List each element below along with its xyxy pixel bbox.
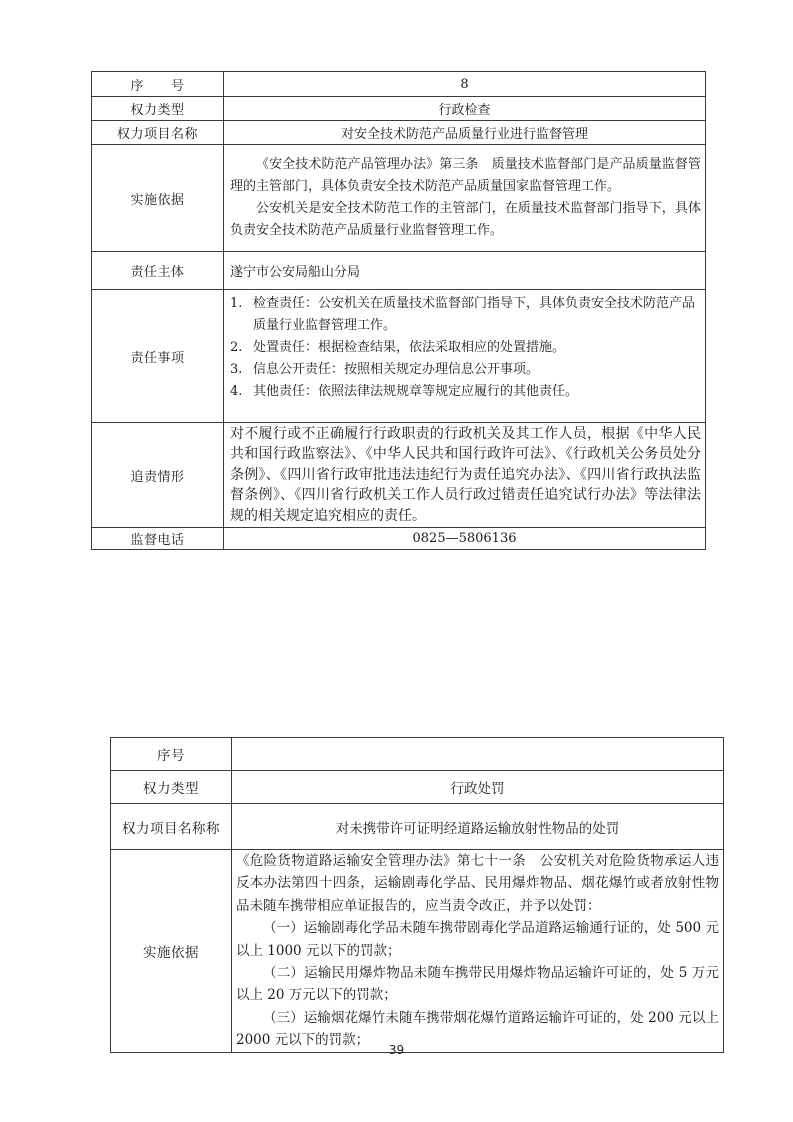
serial-value: 8: [224, 72, 706, 97]
item-name-value: 对未携带许可证明经道路运输放射性物品的处罚: [232, 804, 724, 850]
matters-label: 责任事项: [92, 290, 224, 423]
row-power-type: 权力类型 行政处罚: [111, 771, 724, 804]
item-name-label: 权力项目名称: [92, 121, 224, 145]
power-type-value: 行政检查: [224, 97, 706, 121]
matters-list: 1.检查责任：公安机关在质量技术监督部门指导下，具体负责安全技术防范产品质量行业…: [224, 293, 705, 403]
basis-paragraph: 公安机关是安全技术防范工作的主管部门，在质量技术监督部门指导下，具体负责安全技术…: [230, 198, 701, 242]
matters-value: 1.检查责任：公安机关在质量技术监督部门指导下，具体负责安全技术防范产品质量行业…: [224, 290, 706, 423]
row-power-type: 权力类型 行政检查: [92, 97, 706, 121]
accountability-label: 追责情形: [92, 423, 224, 528]
item-name-value: 对安全技术防范产品质量行业进行监督管理: [224, 121, 706, 145]
basis-label: 实施依据: [111, 850, 232, 1053]
row-basis: 实施依据 《危险货物道路运输安全管理办法》第七十一条 公安机关对危险货物承运人违…: [111, 850, 724, 1053]
row-serial: 序号: [111, 738, 724, 771]
row-item-name: 权力项目名称称 对未携带许可证明经道路运输放射性物品的处罚: [111, 804, 724, 850]
power-type-label: 权力类型: [111, 771, 232, 804]
matters-item: 3.信息公开责任：按照相关规定办理信息公开事项。: [230, 359, 701, 381]
serial-label: 序号: [111, 738, 232, 771]
page-number: 39: [0, 1043, 793, 1057]
row-accountability: 追责情形 对不履行或不正确履行行政职责的行政机关及其工作人员，根据《中华人民共和…: [92, 423, 706, 528]
matters-item: 4.其他责任：依照法律法规规章等规定应履行的其他责任。: [230, 381, 701, 403]
subject-value: 遂宁市公安局船山分局: [224, 252, 706, 290]
power-type-label: 权力类型: [92, 97, 224, 121]
row-serial: 序 号 8: [92, 72, 706, 97]
row-item-name: 权力项目名称 对安全技术防范产品质量行业进行监督管理: [92, 121, 706, 145]
power-item-table-8: 序 号 8 权力类型 行政检查 权力项目名称 对安全技术防范产品质量行业进行监督…: [91, 71, 706, 550]
row-basis: 实施依据 《安全技术防范产品管理办法》第三条 质量技术监督部门是产品质量监督管理…: [92, 145, 706, 252]
serial-label: 序 号: [92, 72, 224, 97]
basis-paragraph: 《危险货物道路运输安全管理办法》第七十一条 公安机关对危险货物承运人违反本办法第…: [236, 850, 719, 917]
basis-label: 实施依据: [92, 145, 224, 252]
matters-item: 1.检查责任：公安机关在质量技术监督部门指导下，具体负责安全技术防范产品质量行业…: [230, 293, 701, 337]
basis-value: 《危险货物道路运输安全管理办法》第七十一条 公安机关对危险货物承运人违反本办法第…: [232, 850, 724, 1053]
serial-value: [232, 738, 724, 771]
basis-paragraph: （一）运输剧毒化学品未随车携带剧毒化学品道路运输通行证的，处 500 元以上 1…: [236, 917, 719, 962]
row-phone: 监督电话 0825—5806136: [92, 528, 706, 550]
power-item-table-penalty: 序号 权力类型 行政处罚 权力项目名称称 对未携带许可证明经道路运输放射性物品的…: [110, 737, 724, 1053]
accountability-value: 对不履行或不正确履行行政职责的行政机关及其工作人员，根据《中华人民共和国行政监察…: [224, 423, 706, 528]
power-type-value: 行政处罚: [232, 771, 724, 804]
phone-value: 0825—5806136: [224, 528, 706, 550]
row-matters: 责任事项 1.检查责任：公安机关在质量技术监督部门指导下，具体负责安全技术防范产…: [92, 290, 706, 423]
phone-label: 监督电话: [92, 528, 224, 550]
subject-label: 责任主体: [92, 252, 224, 290]
item-name-label: 权力项目名称称: [111, 804, 232, 850]
basis-paragraph: 《安全技术防范产品管理办法》第三条 质量技术监督部门是产品质量监督管理的主管部门…: [230, 154, 701, 198]
matters-item: 2.处置责任：根据检查结果，依法采取相应的处置措施。: [230, 337, 701, 359]
row-subject: 责任主体 遂宁市公安局船山分局: [92, 252, 706, 290]
basis-paragraph: （二）运输民用爆炸物品未随车携带民用爆炸物品运输许可证的，处 5 万元以上 20…: [236, 962, 719, 1007]
basis-value: 《安全技术防范产品管理办法》第三条 质量技术监督部门是产品质量监督管理的主管部门…: [224, 145, 706, 252]
